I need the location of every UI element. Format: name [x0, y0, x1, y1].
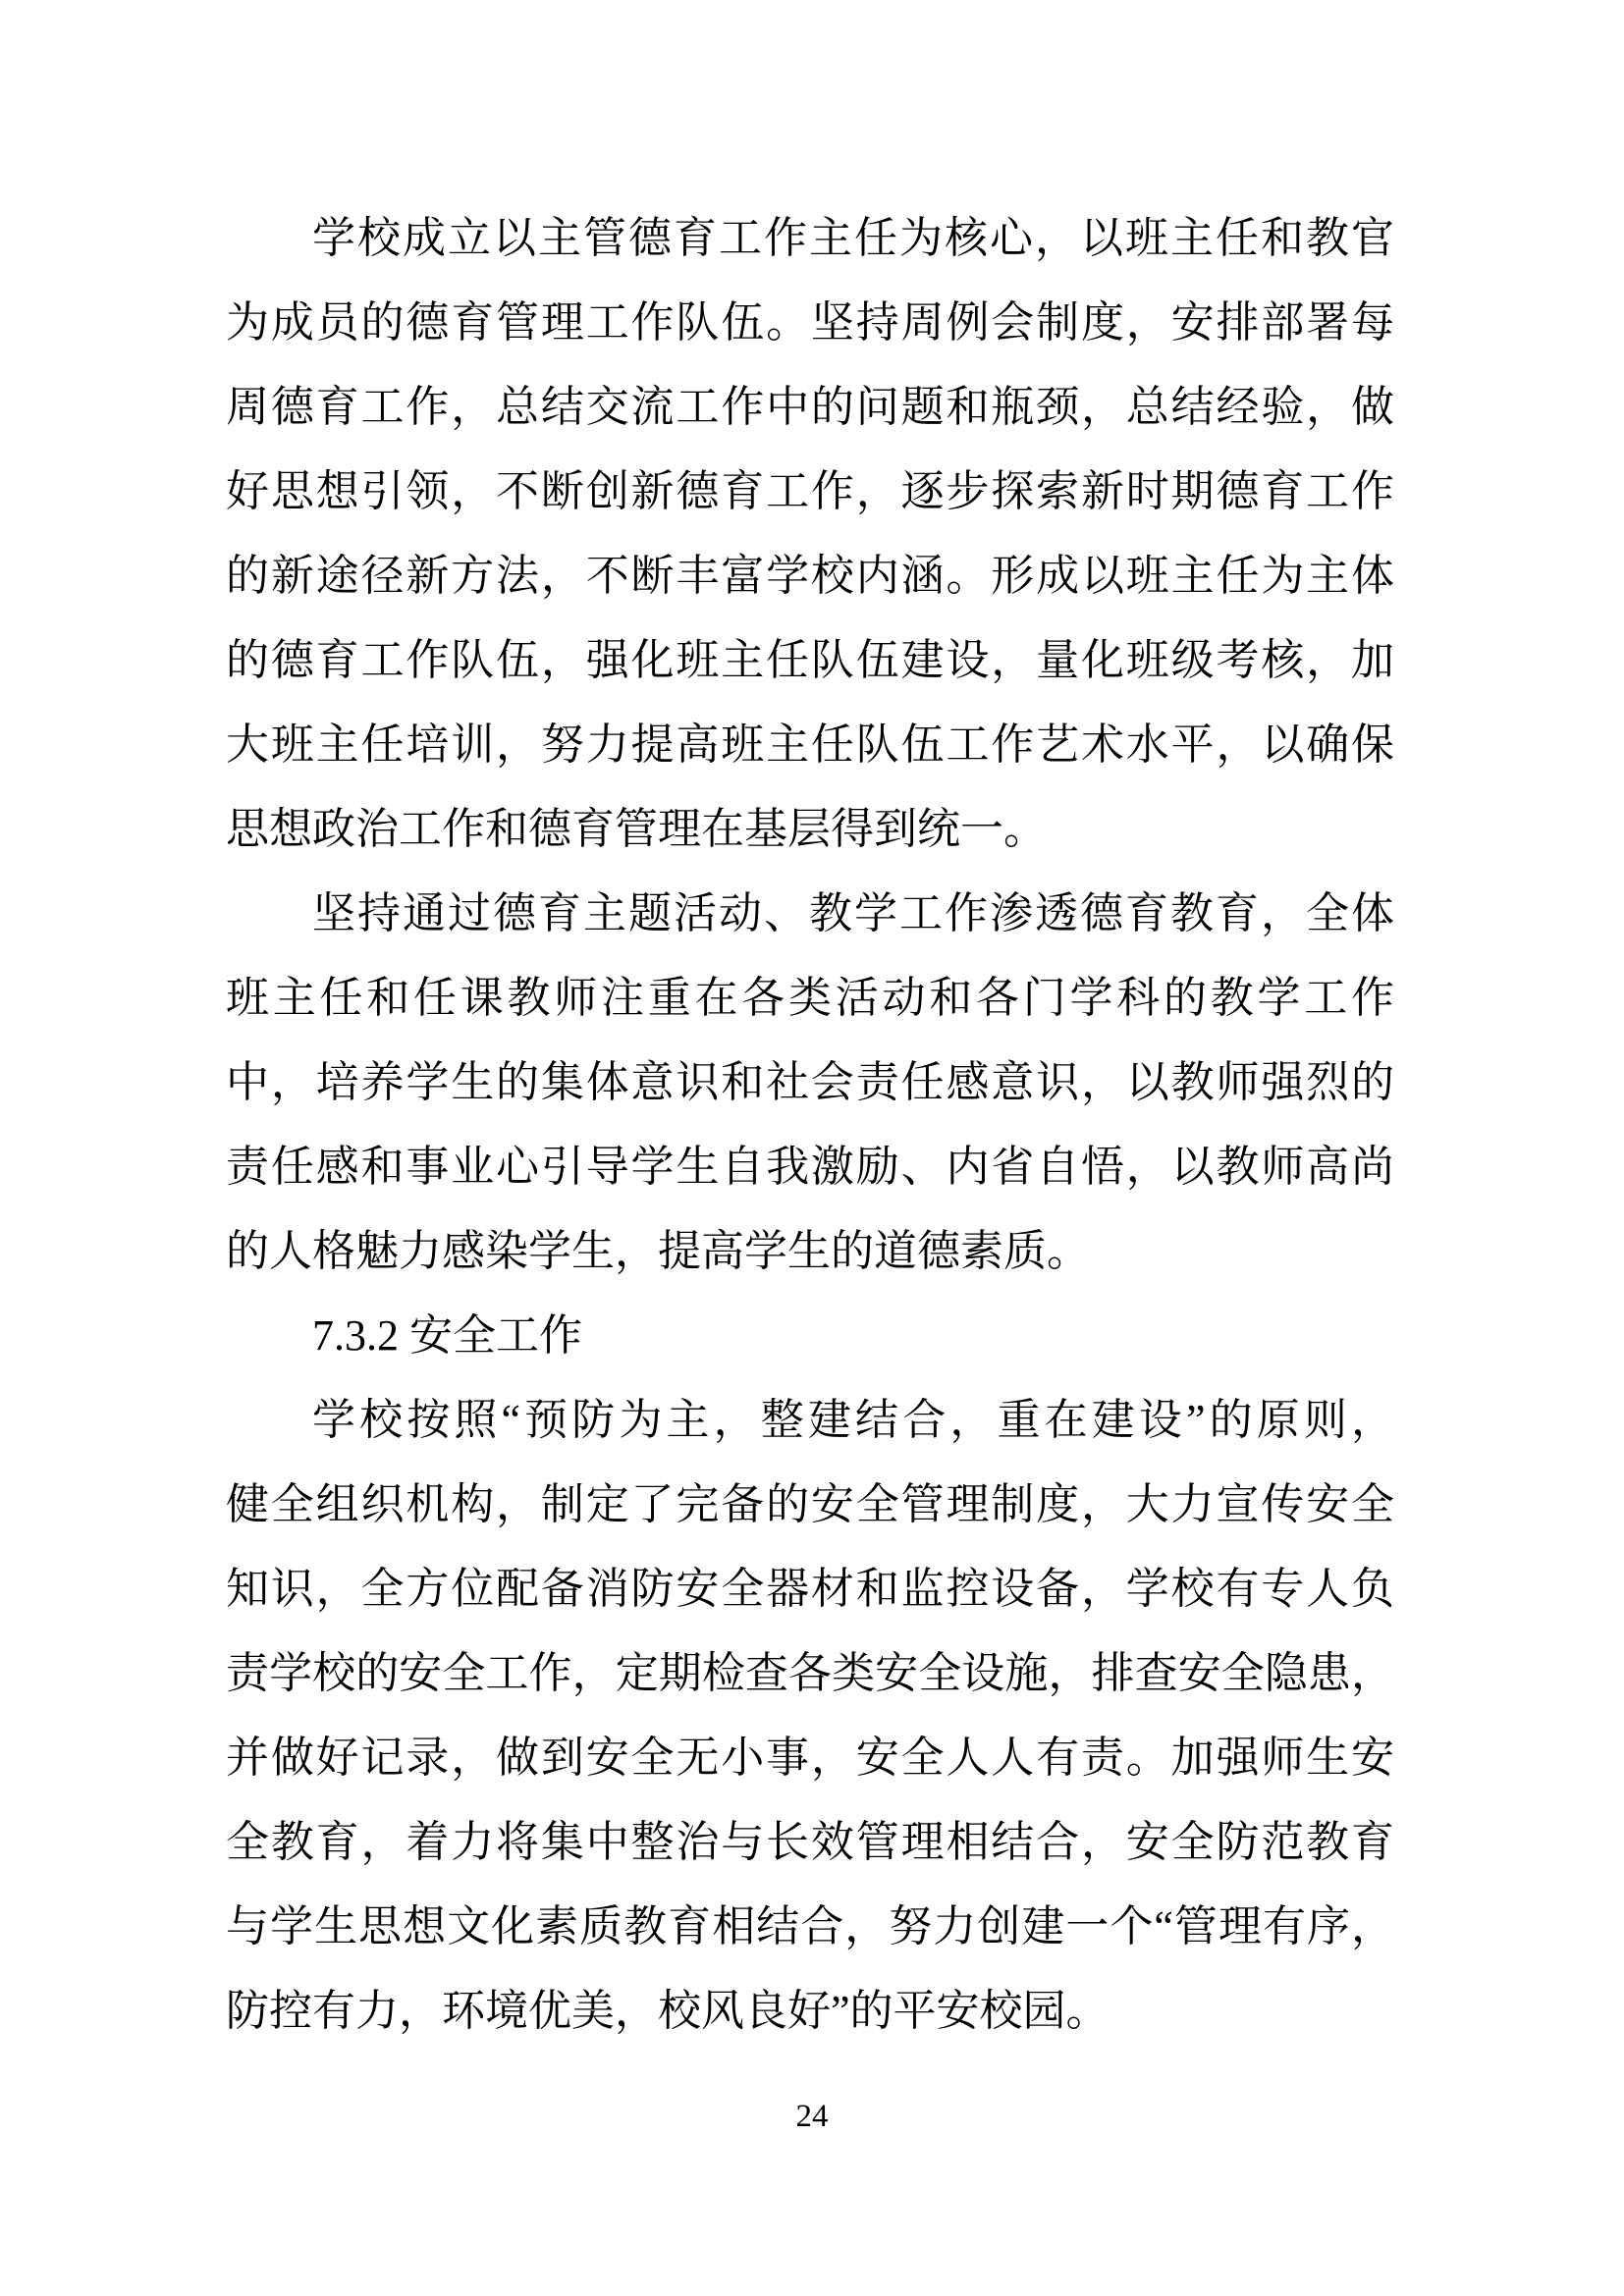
text-line: 全教育，着力将集中整治与长效管理相结合，安全防范教育 — [226, 1800, 1394, 1885]
text-line: 好思想引领，不断创新德育工作，逐步探索新时期德育工作 — [226, 450, 1394, 534]
text-line: 中，培养学生的集体意识和社会责任感意识，以教师强烈的 — [226, 1041, 1394, 1125]
text-line: 周德育工作，总结交流工作中的问题和瓶颈，总结经验，做 — [226, 365, 1394, 450]
text-line: 并做好记录，做到安全无小事，安全人人有责。加强师生安 — [226, 1716, 1394, 1800]
text-line: 责任感和事业心引导学生自我激励、内省自悟，以教师高尚 — [226, 1125, 1394, 1209]
text-line: 的德育工作队伍，强化班主任队伍建设，量化班级考核，加 — [226, 618, 1394, 703]
text-line: 责学校的安全工作，定期检查各类安全设施，排查安全隐患， — [226, 1631, 1394, 1716]
text-line: 与学生思想文化素质教育相结合，努力创建一个“管理有序， — [226, 1885, 1394, 1969]
text-line: 知识，全方位配备消防安全器材和监控设备，学校有专人负 — [226, 1547, 1394, 1631]
document-page: 学校成立以主管德育工作主任为核心，以班主任和教官为成员的德育管理工作队伍。坚持周… — [0, 0, 1624, 2296]
section-heading: 7.3.2 安全工作 — [226, 1294, 1394, 1378]
text-line: 学校按照“预防为主，整建结合，重在建设”的原则， — [226, 1378, 1394, 1463]
text-line: 坚持通过德育主题活动、教学工作渗透德育教育，全体 — [226, 872, 1394, 956]
text-line: 班主任和任课教师注重在各类活动和各门学科的教学工作 — [226, 956, 1394, 1041]
document-body: 学校成立以主管德育工作主任为核心，以班主任和教官为成员的德育管理工作队伍。坚持周… — [226, 196, 1394, 2054]
text-line: 的人格魅力感染学生，提高学生的道德素质。 — [226, 1209, 1394, 1294]
text-line: 健全组织机构，制定了完备的安全管理制度，大力宣传安全 — [226, 1463, 1394, 1547]
text-line: 大班主任培训，努力提高班主任队伍工作艺术水平，以确保 — [226, 703, 1394, 787]
text-line: 为成员的德育管理工作队伍。坚持周例会制度，安排部署每 — [226, 281, 1394, 365]
text-line: 学校成立以主管德育工作主任为核心，以班主任和教官 — [226, 196, 1394, 281]
text-line: 的新途径新方法，不断丰富学校内涵。形成以班主任为主体 — [226, 534, 1394, 618]
page-number: 24 — [0, 2099, 1624, 2135]
text-line: 防控有力，环境优美，校风良好”的平安校园。 — [226, 1969, 1394, 2054]
text-line: 思想政治工作和德育管理在基层得到统一。 — [226, 787, 1394, 872]
